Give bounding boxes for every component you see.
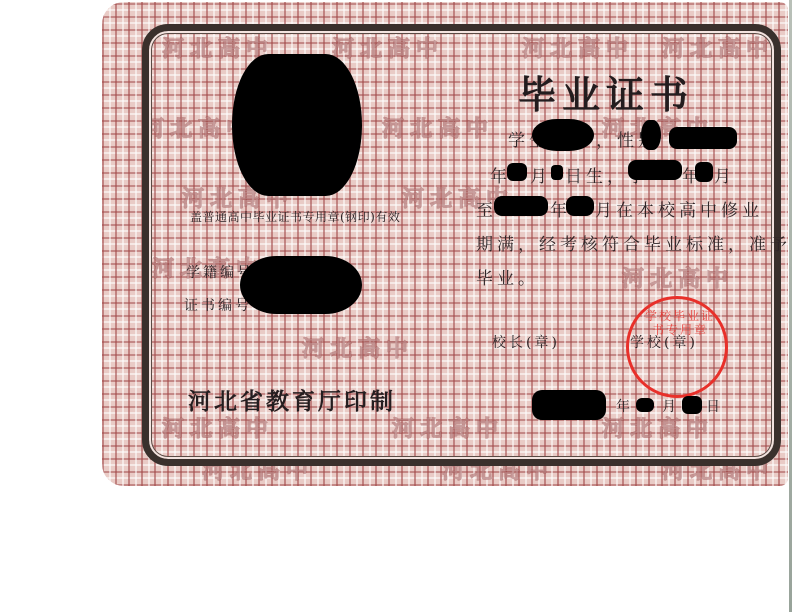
date-day-label: 日 [706, 396, 723, 416]
completion-text: 期满，经考核符合毕业标准，准予 [476, 230, 791, 255]
date-year-label: 年 [616, 396, 633, 416]
date-month-label: 月 [662, 396, 679, 416]
graduation-text: 毕业。 [476, 264, 539, 289]
principal-label: 校长(章) [492, 332, 560, 352]
start-month-redaction [695, 162, 713, 182]
printed-by: 河北省教育厅印制 [188, 383, 396, 416]
gender-redaction [641, 120, 661, 150]
photo-redaction [232, 54, 362, 196]
certificate-title: 毕业证书 [518, 64, 694, 119]
seal-text: 学校毕业证书专用章 [643, 309, 717, 337]
end-year-redaction [494, 196, 548, 216]
issue-year-redaction [532, 390, 606, 420]
extra-redaction [669, 127, 737, 149]
name-redaction [532, 119, 594, 151]
label-month: 月 [530, 162, 551, 187]
validity-note: 盖普通高中毕业证书专用章(钢印)有效 [190, 208, 400, 225]
birth-year-redaction [507, 163, 527, 181]
end-month-redaction [566, 196, 594, 216]
issue-day-redaction [682, 396, 702, 414]
school-seal: 学校毕业证书专用章 [626, 296, 728, 398]
study-text: 月在本校高中修业 [595, 196, 763, 221]
label-month: 月 [714, 162, 735, 187]
birth-day-redaction [551, 165, 563, 180]
start-year-redaction [628, 160, 682, 180]
student-id-redaction [240, 256, 362, 314]
issue-month-redaction [636, 398, 654, 412]
certificate-no-label: 证书编号 [184, 295, 252, 315]
